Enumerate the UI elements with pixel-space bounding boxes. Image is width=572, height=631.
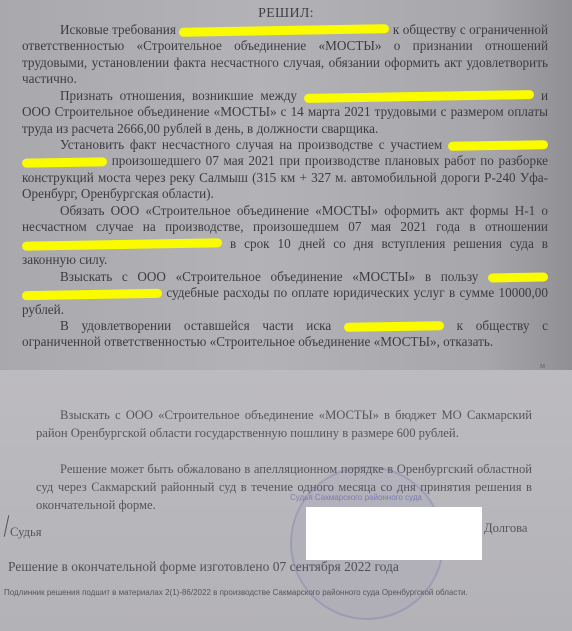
- paragraph-recognize-relations: Признать отношения, возникшие между и ОО…: [22, 88, 548, 137]
- paragraph-state-duty: Взыскать с ООО «Строительное объединение…: [36, 406, 532, 442]
- redaction-mark: [22, 239, 222, 251]
- paragraph-establish-fact: Установить факт несчастного случая на пр…: [22, 137, 548, 203]
- signature-cover-box: [306, 507, 482, 560]
- paragraph-text: Взыскать с ООО «Строительное объединение…: [60, 269, 478, 284]
- footnote: Подлинник решения подшит в материалах 2(…: [4, 587, 560, 599]
- redaction-mark: [304, 90, 534, 103]
- paragraph-recover-costs: Взыскать с ООО «Строительное объединение…: [22, 269, 548, 318]
- paragraph-oblige-act: Обязать ООО «Строительное объединение «М…: [22, 203, 548, 269]
- paragraph-text: Взыскать с ООО «Строительное объединение…: [36, 408, 532, 440]
- redaction-mark: [179, 25, 389, 38]
- paragraph-text: Исковые требования: [60, 22, 176, 37]
- paragraph-text: Обязать ООО «Строительное объединение «М…: [22, 203, 548, 234]
- paragraph-claims: Исковые требования к обществу с ограниче…: [22, 22, 548, 88]
- redaction-mark: [22, 289, 162, 300]
- paragraph-text: Решение может быть обжаловано в апелляци…: [36, 462, 532, 512]
- document-page-top: РЕШИЛ: Исковые требования к обществу с о…: [0, 0, 572, 370]
- paragraph-text: В удовлетворении оставшейся части иска: [60, 318, 331, 333]
- document-heading: РЕШИЛ:: [0, 6, 572, 22]
- redaction-mark: [22, 157, 107, 167]
- judge-name: Долгова: [484, 521, 528, 536]
- redaction-mark: [344, 322, 444, 333]
- paragraph-text: Установить факт несчастного случая на пр…: [60, 137, 442, 152]
- redaction-mark: [488, 273, 548, 283]
- page-mark: м: [540, 361, 545, 370]
- final-form-date-line: Решение в окончательной форме изготовлен…: [8, 559, 399, 575]
- paragraph-text: Признать отношения, возникшие между: [60, 88, 297, 103]
- judge-label: Судья: [10, 525, 42, 540]
- redaction-mark: [448, 141, 548, 152]
- paragraph-reject-remainder: В удовлетворении оставшейся части иска к…: [22, 318, 548, 351]
- paragraph-appeal: Решение может быть обжаловано в апелляци…: [36, 460, 532, 514]
